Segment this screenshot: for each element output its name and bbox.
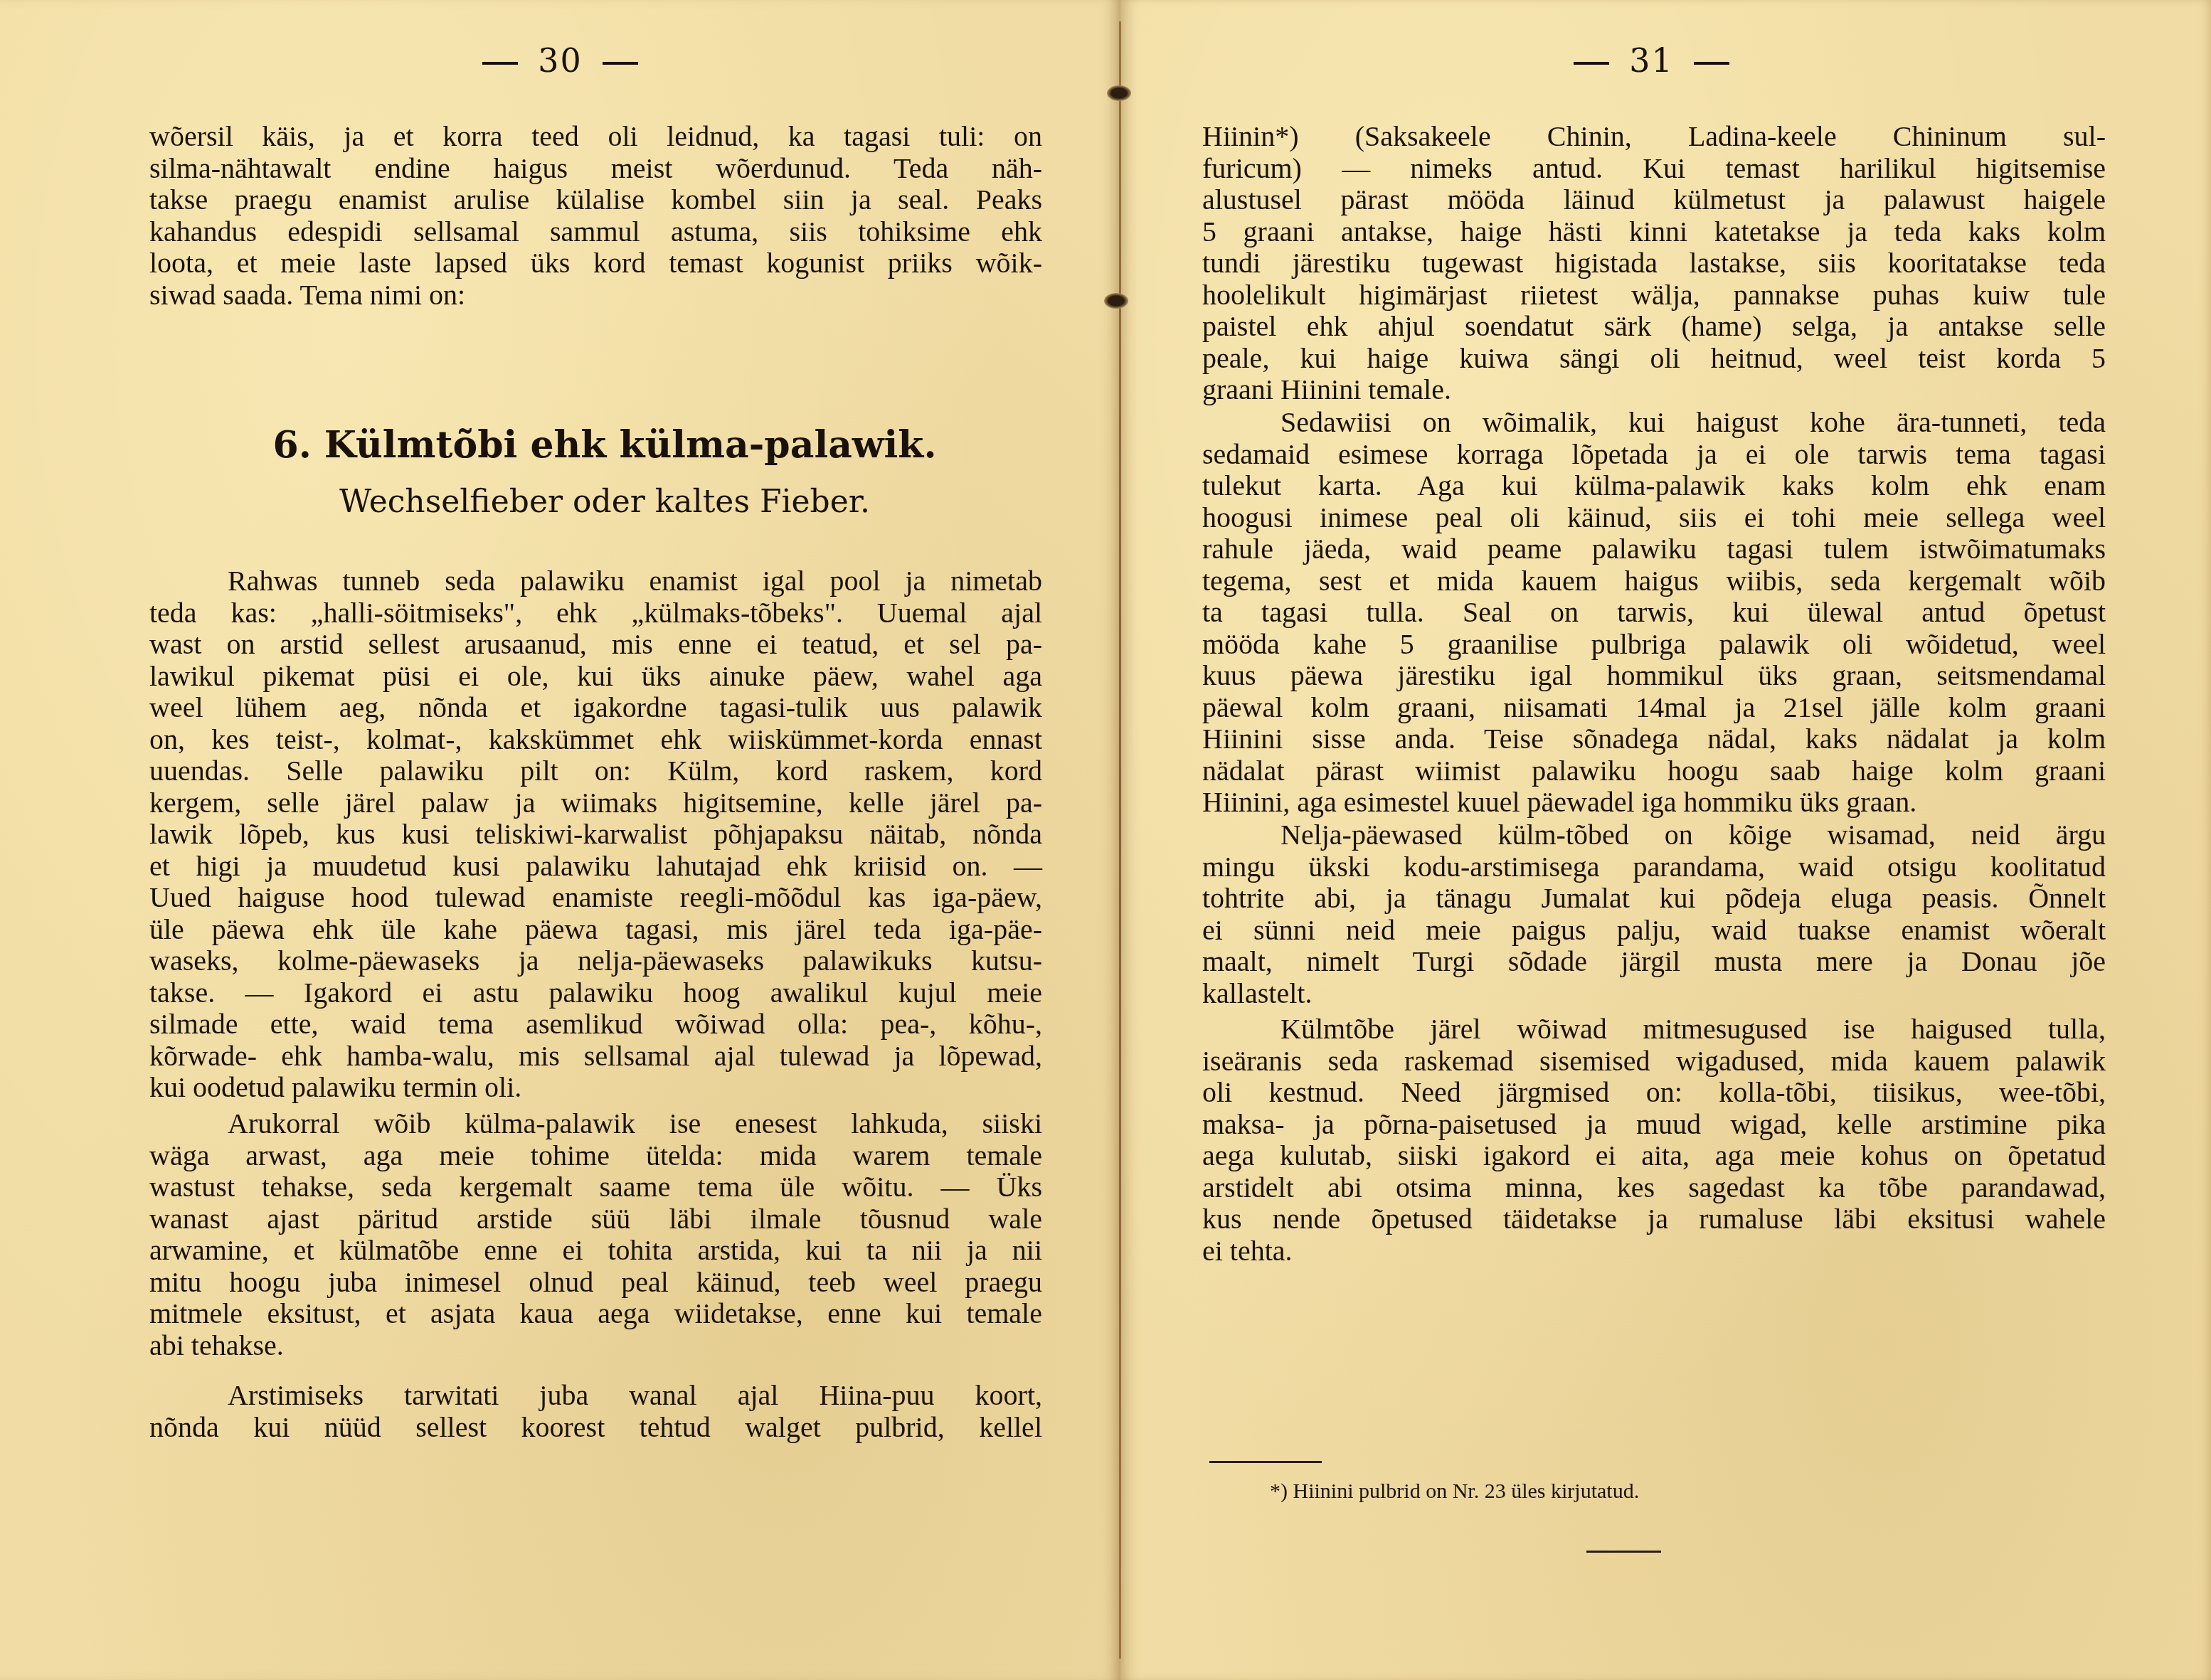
text-line: on, kes teist-, kolmat-, kakskümmet ehk … — [149, 724, 1042, 756]
page-number-right: 31 — [1092, 41, 2211, 80]
text-line: kus nende õpetused täidetakse ja rumalus… — [1202, 1203, 2106, 1235]
text-line: Uued haiguse hood tulewad enamiste reegl… — [149, 882, 1042, 914]
text-line: hoogusi inimese peal oli käinud, siis ei… — [1202, 502, 2106, 534]
binding-hole — [1104, 293, 1128, 309]
book-gutter — [1119, 21, 1121, 1659]
text-line: lawikul pikemat püsi ei ole, kui üks ain… — [149, 661, 1042, 693]
text-line: hoolelikult higimärjast riietest wälja, … — [1202, 280, 2106, 312]
text-line: Sedawiisi on wõimalik, kui haigust kohe … — [1202, 407, 2106, 439]
text-line: oli kestnud. Need järgmised on: kolla-tõ… — [1202, 1077, 2106, 1109]
text-line: lawik lõpeb, kus kusi teliskiwi-karwalis… — [149, 819, 1042, 851]
section-heading: 6. Külmtõbi ehk külma-palawik. — [142, 423, 1067, 467]
page-number-dash — [1694, 62, 1729, 65]
text-line: furicum) — nimeks antud. Kui temast hari… — [1202, 153, 2106, 185]
page-number-dash — [482, 62, 518, 65]
section-subheading: Wechselfieber oder kaltes Fieber. — [142, 484, 1067, 520]
page-number-dash — [1574, 62, 1609, 65]
text-line: loota, et meie laste lapsed üks kord tem… — [149, 248, 1042, 280]
text-line: nädalat pärast wiimist palawiku hoogu sa… — [1202, 755, 2106, 787]
right-page: 31 Hiinin*) (Saksakeele Chinin, Ladina-k… — [1120, 0, 2211, 1680]
footnote-divider — [1209, 1461, 1322, 1463]
text-line: wastust tehakse, seda kergemalt saame te… — [149, 1171, 1042, 1203]
text-line: graani Hiinini temale. — [1202, 374, 2106, 406]
text-line: 5 graani antakse, haige hästi kinni kate… — [1202, 216, 2106, 248]
end-rule — [1586, 1551, 1661, 1553]
text-line: paistel ehk ahjul soendatut särk (hame) … — [1202, 311, 2106, 343]
text-line: arstidelt abi otsima minna, kes sagedast… — [1202, 1172, 2106, 1204]
text-line: tundi järestiku tugewast higistada lasta… — [1202, 248, 2106, 280]
text-line: wäga arwast, aga meie tohime ütelda: mid… — [149, 1140, 1042, 1172]
binding-hole — [1107, 85, 1131, 101]
text-line: mingu ükski kodu-arstimisega parandama, … — [1202, 851, 2106, 883]
text-line: Arstimiseks tarwitati juba wanal ajal Hi… — [149, 1380, 1042, 1412]
text-line: weel lühem aeg, nõnda et igakordne tagas… — [149, 692, 1042, 724]
text-line: rahule jäeda, waid peame palawiku tagasi… — [1202, 533, 2106, 565]
text-line: kuus päewa järestiku igal hommikul üks g… — [1202, 660, 2106, 692]
paragraph-2: Arukorral wõib külma-palawik ise enesest… — [149, 1108, 1042, 1361]
text-line: maksa- ja põrna-paisetused ja muud wigad… — [1202, 1109, 2106, 1141]
text-line: sedamaid esimese korraga lõpetada ja ei … — [1202, 439, 2106, 471]
text-line: ta tagasi tulla. Seal on tarwis, kui üle… — [1202, 597, 2106, 629]
text-line: wõersil käis, ja et korra teed oli leidn… — [149, 121, 1042, 153]
paragraph-1: Hiinin*) (Saksakeele Chinin, Ladina-keel… — [1202, 121, 2106, 406]
text-line: peale, kui haige kuiwa sängi oli heitnud… — [1202, 343, 2106, 375]
text-line: kui oodetud palawiku termin oli. — [149, 1072, 1042, 1104]
text-line: et higi ja muudetud kusi palawiku lahuta… — [149, 851, 1042, 883]
text-line: arwamine, et külmatõbe enne ei tohita ar… — [149, 1235, 1042, 1267]
text-line: uuendas. Selle palawiku pilt on: Külm, k… — [149, 755, 1042, 787]
text-line: wanast ajast päritud arstide süü läbi il… — [149, 1203, 1042, 1235]
text-line: Külmtõbe järel wõiwad mitmesugused ise h… — [1202, 1014, 2106, 1046]
text-line: kahandus edespidi sellsamal sammul astum… — [149, 216, 1042, 248]
text-line: waseks, kolme-päewaseks ja nelja-päewase… — [149, 945, 1042, 977]
left-page: 30 wõersil käis, ja et korra teed oli le… — [0, 0, 1120, 1680]
text-line: kergem, selle järel palaw ja wiimaks hig… — [149, 787, 1042, 819]
text-line: takse praegu enamist arulise külalise ko… — [149, 184, 1042, 216]
paragraph-1: Rahwas tunneb seda palawiku enamist igal… — [149, 565, 1042, 1104]
paragraph-3: Nelja-päewased külm-tõbed on kõige wisam… — [1202, 819, 2106, 1009]
text-line: Arukorral wõib külma-palawik ise enesest… — [149, 1108, 1042, 1140]
text-line: maalt, nimelt Turgi sõdade järgil musta … — [1202, 946, 2106, 978]
text-line: Hiinin*) (Saksakeele Chinin, Ladina-keel… — [1202, 121, 2106, 153]
text-line: abi tehakse. — [149, 1330, 1042, 1362]
text-line: aega kulutab, siiski igakord ei aita, ag… — [1202, 1140, 2106, 1172]
page-number-dash — [603, 62, 638, 65]
text-line: siwad saada. Tema nimi on: — [149, 280, 1042, 312]
text-line: mööda kahe 5 graanilise pulbriga palawik… — [1202, 629, 2106, 661]
paragraph-4: Külmtõbe järel wõiwad mitmesugused ise h… — [1202, 1014, 2106, 1267]
book-spread: 30 wõersil käis, ja et korra teed oli le… — [0, 0, 2211, 1680]
text-line: mitmele eksitust, et asjata kaua aega wi… — [149, 1298, 1042, 1330]
text-line: kõrwade- ehk hamba-walu, mis sellsamal a… — [149, 1041, 1042, 1073]
text-line: iseäranis seda raskemad sisemised wigadu… — [1202, 1046, 2106, 1078]
text-line: mitu hoogu juba inimesel olnud peal käin… — [149, 1267, 1042, 1299]
text-line: takse. — Igakord ei astu palawiku hoog a… — [149, 977, 1042, 1009]
text-line: kallastelt. — [1202, 978, 2106, 1010]
text-line: ei sünni neid meie paigus palju, waid tu… — [1202, 915, 2106, 947]
text-line: Hiinini, aga esimestel kuuel päewadel ig… — [1202, 787, 2106, 819]
text-line: Nelja-päewased külm-tõbed on kõige wisam… — [1202, 819, 2106, 851]
text-line: üle päewa ehk üle kahe päewa tagasi, mis… — [149, 914, 1042, 946]
intro-paragraph: wõersil käis, ja et korra teed oli leidn… — [149, 121, 1042, 311]
text-line: tegema, sest et mida kauem haigus wiibis… — [1202, 565, 2106, 597]
text-line: tulekut karta. Aga kui külma-palawik kak… — [1202, 470, 2106, 502]
text-line: teda kas: „halli-söitmiseks", ehk „külma… — [149, 597, 1042, 629]
paragraph-2: Sedawiisi on wõimalik, kui haigust kohe … — [1202, 407, 2106, 819]
page-number-left: 30 — [0, 41, 1120, 80]
text-line: Hiinini sisse anda. Teise sõnadega nädal… — [1202, 723, 2106, 755]
text-line: silma-nähtawalt endine haigus meist wõer… — [149, 153, 1042, 185]
footnote: *) Hiinini pulbrid on Nr. 23 üles kirjut… — [1270, 1479, 1639, 1504]
text-line: Rahwas tunneb seda palawiku enamist igal… — [149, 565, 1042, 597]
text-line: nõnda kui nüüd sellest koorest tehtud wa… — [149, 1412, 1042, 1444]
text-line: alustusel pärast mööda läinud külmetust … — [1202, 184, 2106, 216]
text-line: ei tehta. — [1202, 1235, 2106, 1267]
text-line: wast on arstid sellest arusaanud, mis en… — [149, 629, 1042, 661]
text-line: päewal kolm graani, niisamati 14mal ja 2… — [1202, 692, 2106, 724]
paragraph-3: Arstimiseks tarwitati juba wanal ajal Hi… — [149, 1380, 1042, 1443]
text-line: tohtrite abi, ja tänagu Jumalat kui põde… — [1202, 883, 2106, 915]
text-line: silmade ette, waid tema asemlikud wõiwad… — [149, 1009, 1042, 1041]
